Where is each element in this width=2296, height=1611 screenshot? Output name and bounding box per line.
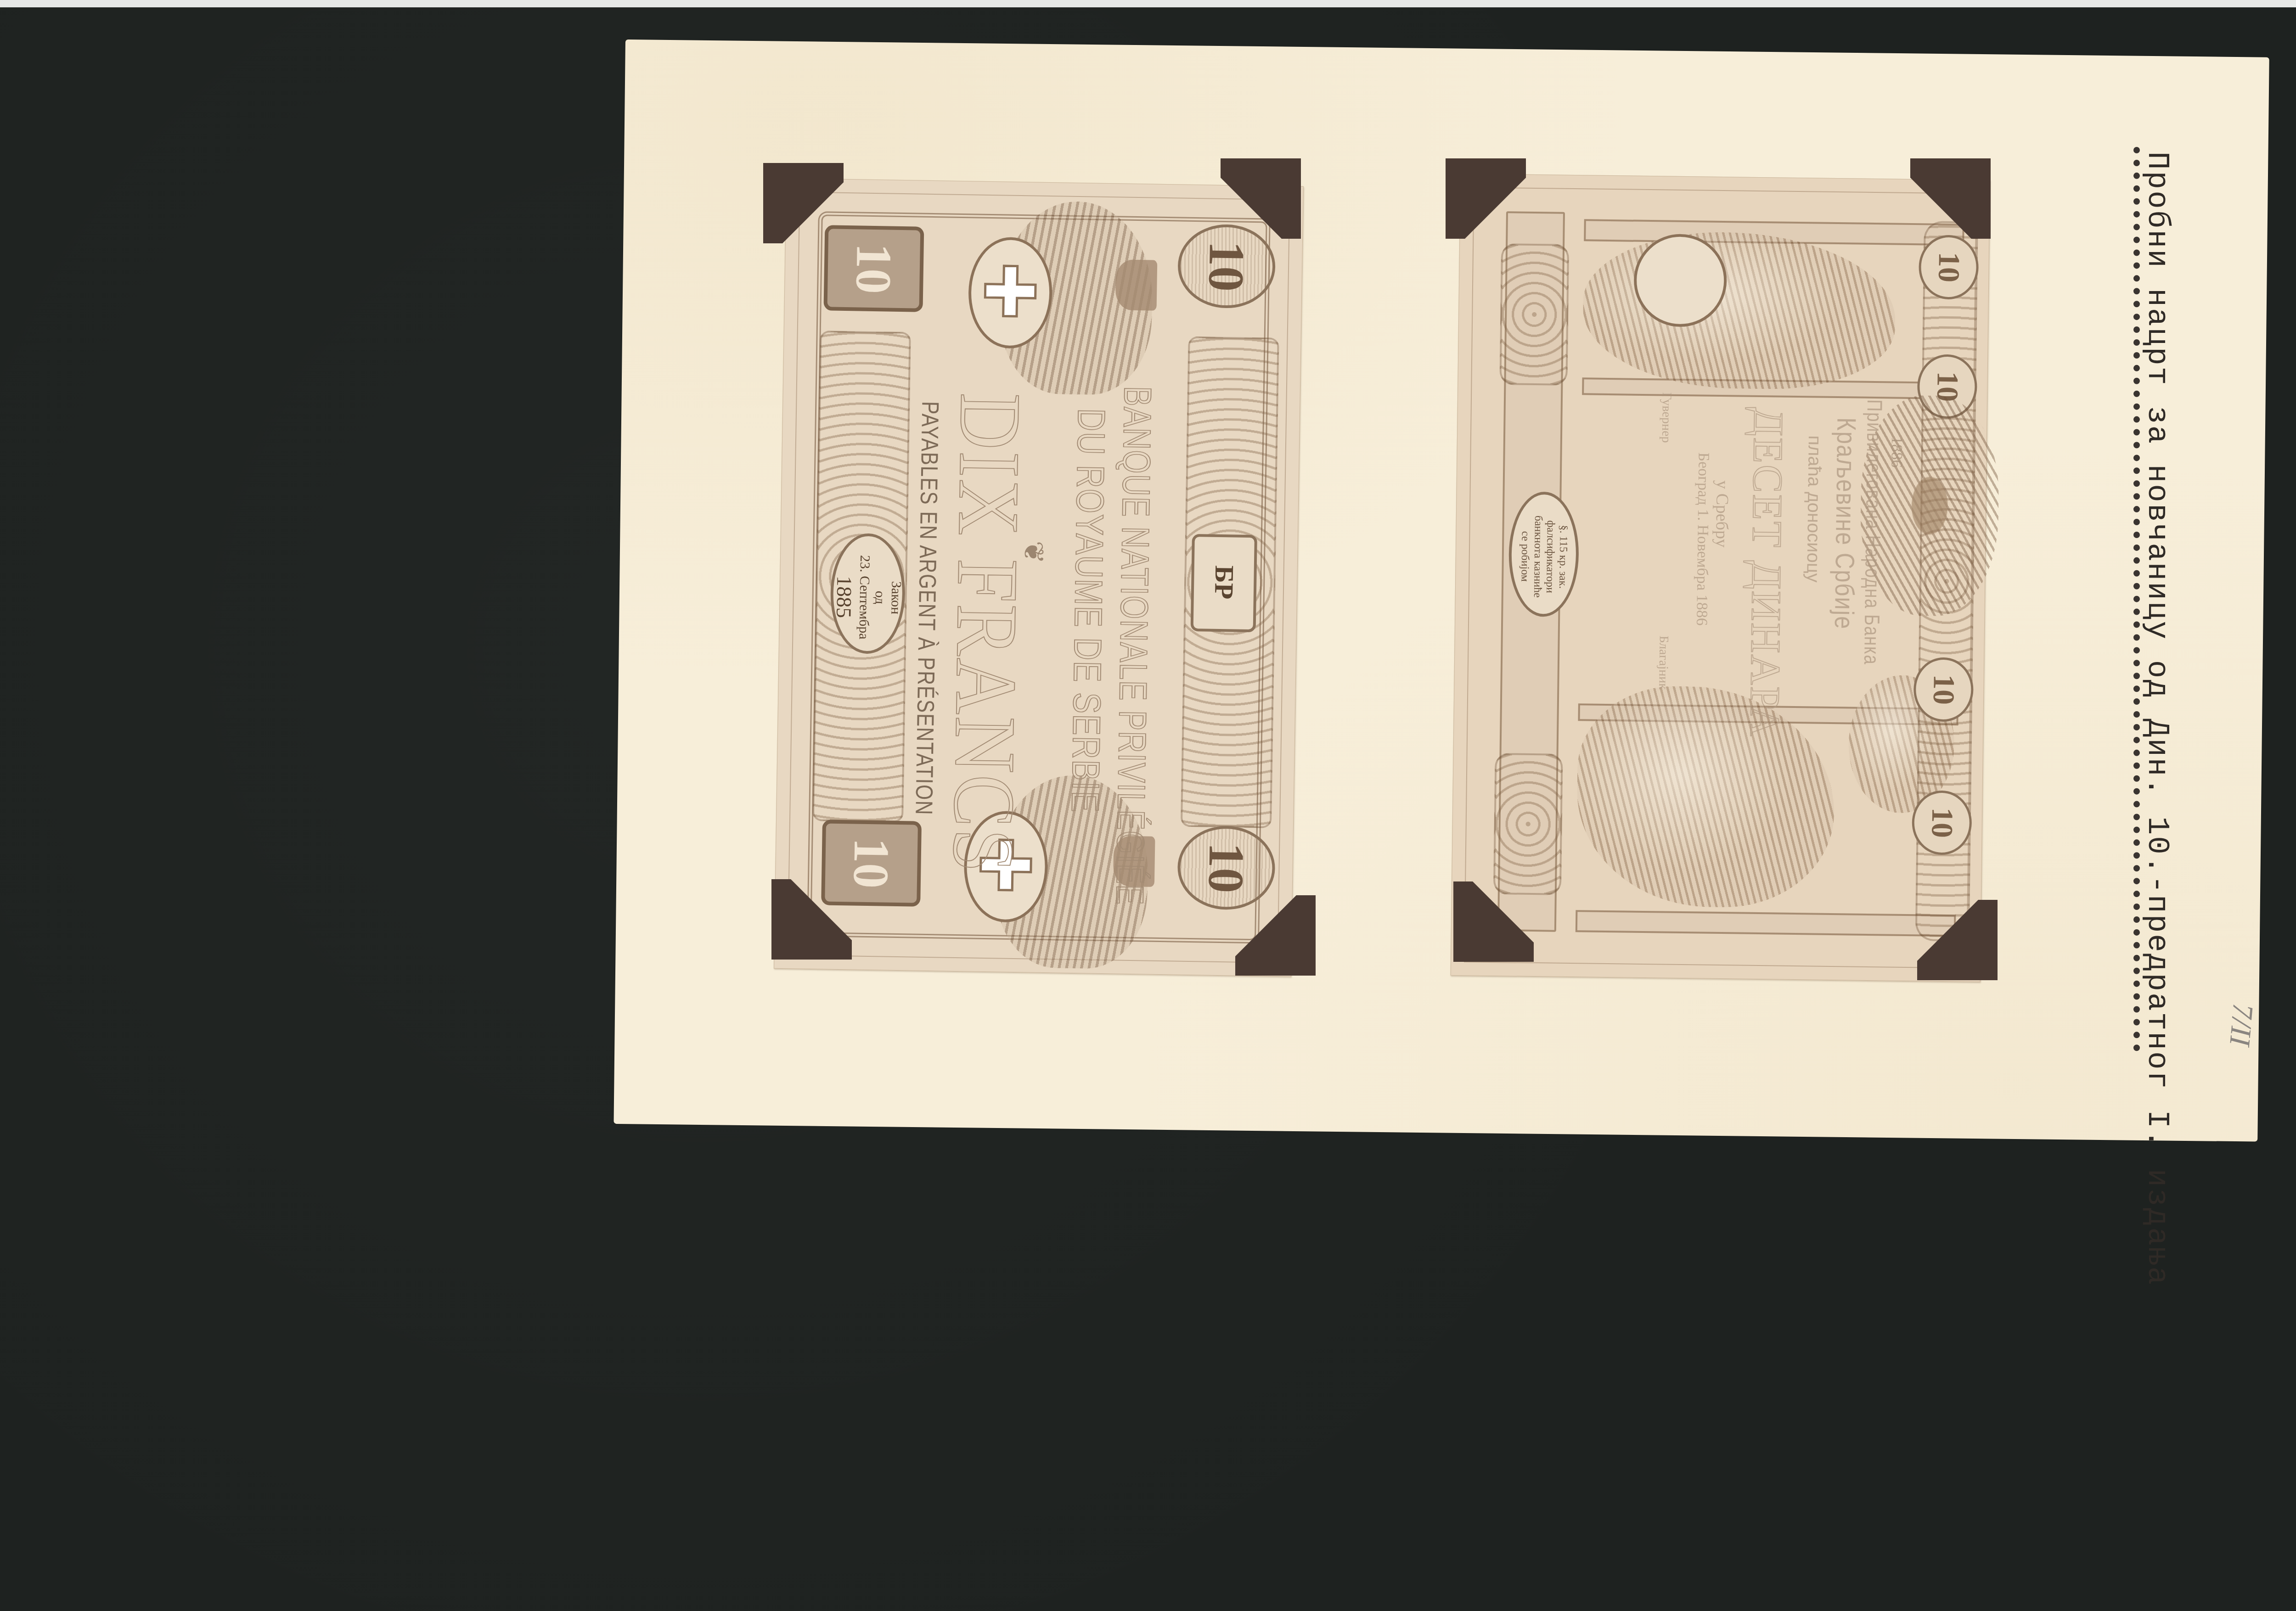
banknote-proof-right: §. 115 кр. зак. фалсификатори банкнота к…	[1451, 174, 1990, 982]
bottom-colonnade	[1576, 910, 1956, 937]
penalty-text: §. 115 кр. зак. фалсификатори банкнота к…	[1518, 497, 1570, 617]
denomination-box-top: 10	[823, 225, 924, 312]
denomination-box-bottom: 10	[821, 820, 922, 906]
bank-name-line-1: BANQUE NATIONALE PRIVILÉGIÉE	[1107, 386, 1160, 906]
date-line: Београд 1. Новембра 1886	[1693, 452, 1712, 626]
crown-icon-top	[1115, 259, 1158, 310]
silver-line: у Сребру	[1711, 480, 1733, 548]
value-words-cyrillic: ДЕСЕТ ДИНАРА	[1740, 407, 1793, 738]
law-date-text: Закон од 23. Септембра 1885	[831, 537, 904, 657]
signature-governor: Гувернер	[1659, 392, 1674, 443]
bank-title-line-2: Краљевине Србије	[1829, 417, 1862, 630]
law-line-4: 1885	[831, 537, 857, 657]
law-line-3: 23. Септембра	[855, 538, 873, 657]
left-scroll-ornament	[1499, 243, 1569, 386]
penalty-line-2: фалсификатори	[1543, 497, 1557, 616]
penalty-line-4: се робијом	[1518, 497, 1532, 616]
pencil-page-number: 7/II	[2223, 1002, 2260, 1048]
penalty-line-1: §. 115 кр. зак.	[1556, 497, 1570, 617]
scanner-edge-strip	[0, 0, 2296, 7]
law-line-1: Закон	[887, 538, 905, 658]
law-date-cartouche: Закон од 23. Септембра 1885	[830, 533, 906, 655]
signature-cashier: Благајник	[1655, 635, 1671, 690]
banknote-proof-left: 10 10 10 10 ✚ ✚ БP Закон од 23. Септембр…	[774, 178, 1304, 977]
typewritten-caption: Пробни нацрт за новчаницу од Дин. 10.-пр…	[2140, 152, 2174, 1286]
monogram-cartouche: БP	[1191, 534, 1257, 632]
bank-title-line-1: Привилегована Народна Банка	[1859, 399, 1887, 665]
year-mark: 1886	[1887, 436, 1905, 467]
dotted-rule	[2133, 147, 2140, 1051]
left-scroll-ornament-lower	[1493, 753, 1563, 895]
value-words: DIX FRANCS	[933, 392, 1040, 875]
penalty-line-3: банкнота казниће	[1531, 497, 1545, 616]
cross-icon: ✚	[981, 258, 1040, 328]
law-line-2: од	[871, 538, 889, 657]
bank-title-line-3: плаћа доносиоцу	[1802, 435, 1825, 583]
monogram-text: БP	[1208, 552, 1240, 612]
bank-name-line-2: DU ROYAUME DE SERBIE	[1063, 408, 1114, 814]
